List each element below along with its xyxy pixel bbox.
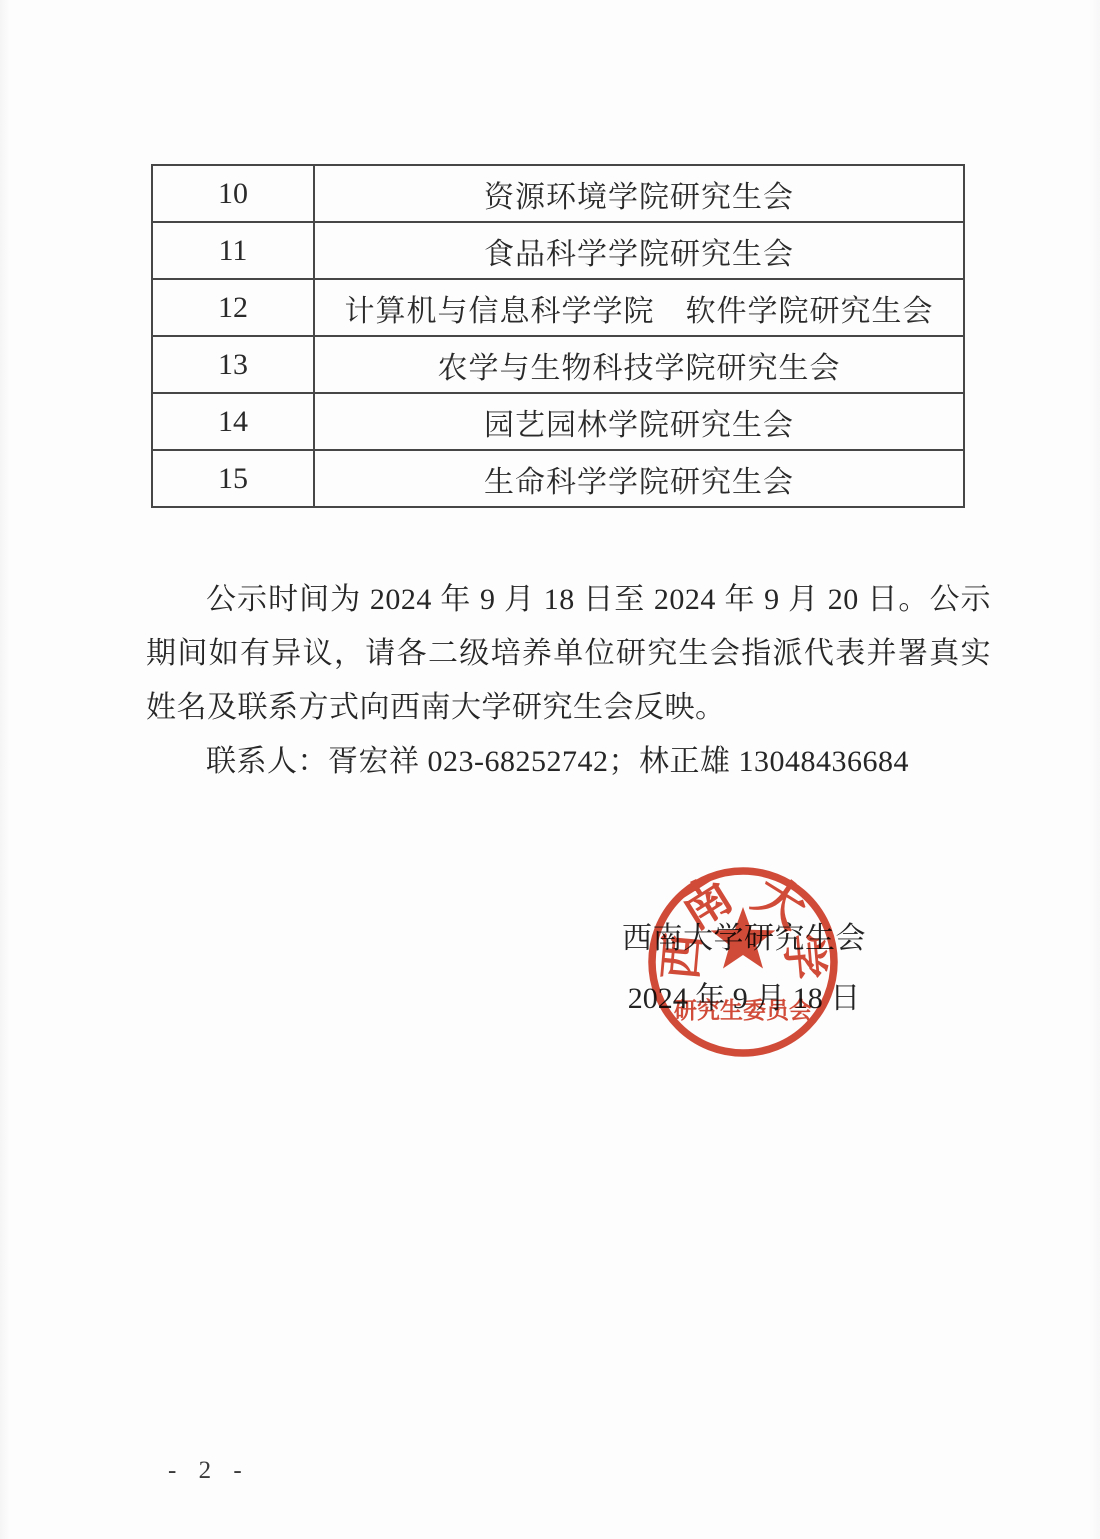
row-number-cell: 12 <box>152 279 314 336</box>
table-row: 11 食品科学学院研究生会 <box>152 222 964 279</box>
contact-line: 联系人：胥宏祥 023-68252742；林正雄 13048436684 <box>146 735 991 789</box>
notice-paragraph: 公示时间为 2024 年 9 月 18 日至 2024 年 9 月 20 日。公… <box>146 573 991 735</box>
row-number-cell: 14 <box>152 393 314 450</box>
row-number-cell: 13 <box>152 336 314 393</box>
unit-name-cell: 园艺园林学院研究生会 <box>314 393 964 450</box>
row-number-cell: 10 <box>152 165 314 222</box>
unit-name-cell: 农学与生物科技学院研究生会 <box>314 336 964 393</box>
seal-ring <box>652 871 834 1053</box>
row-number-cell: 15 <box>152 450 314 507</box>
signature-date: 2024 年 9 月 18 日 <box>622 973 866 1017</box>
table-row: 14 园艺园林学院研究生会 <box>152 393 964 450</box>
document-page: 10 资源环境学院研究生会 11 食品科学学院研究生会 12 计算机与信息科学学… <box>0 0 1100 1539</box>
table-row: 13 农学与生物科技学院研究生会 <box>152 336 964 393</box>
official-seal: 西 南 大 学 研究生委员会 <box>643 862 843 1062</box>
signature-org: 西南大学研究生会 <box>622 913 866 957</box>
unit-name-cell: 资源环境学院研究生会 <box>314 165 964 222</box>
page-number: - 2 - <box>168 1457 244 1485</box>
table-row: 10 资源环境学院研究生会 <box>152 165 964 222</box>
body-text-block: 公示时间为 2024 年 9 月 18 日至 2024 年 9 月 20 日。公… <box>146 573 991 789</box>
table-row: 15 生命科学学院研究生会 <box>152 450 964 507</box>
units-table: 10 资源环境学院研究生会 11 食品科学学院研究生会 12 计算机与信息科学学… <box>151 164 965 508</box>
unit-name-cell: 食品科学学院研究生会 <box>314 222 964 279</box>
row-number-cell: 11 <box>152 222 314 279</box>
unit-name-cell: 生命科学学院研究生会 <box>314 450 964 507</box>
table-row: 12 计算机与信息科学学院 软件学院研究生会 <box>152 279 964 336</box>
unit-name-cell: 计算机与信息科学学院 软件学院研究生会 <box>314 279 964 336</box>
